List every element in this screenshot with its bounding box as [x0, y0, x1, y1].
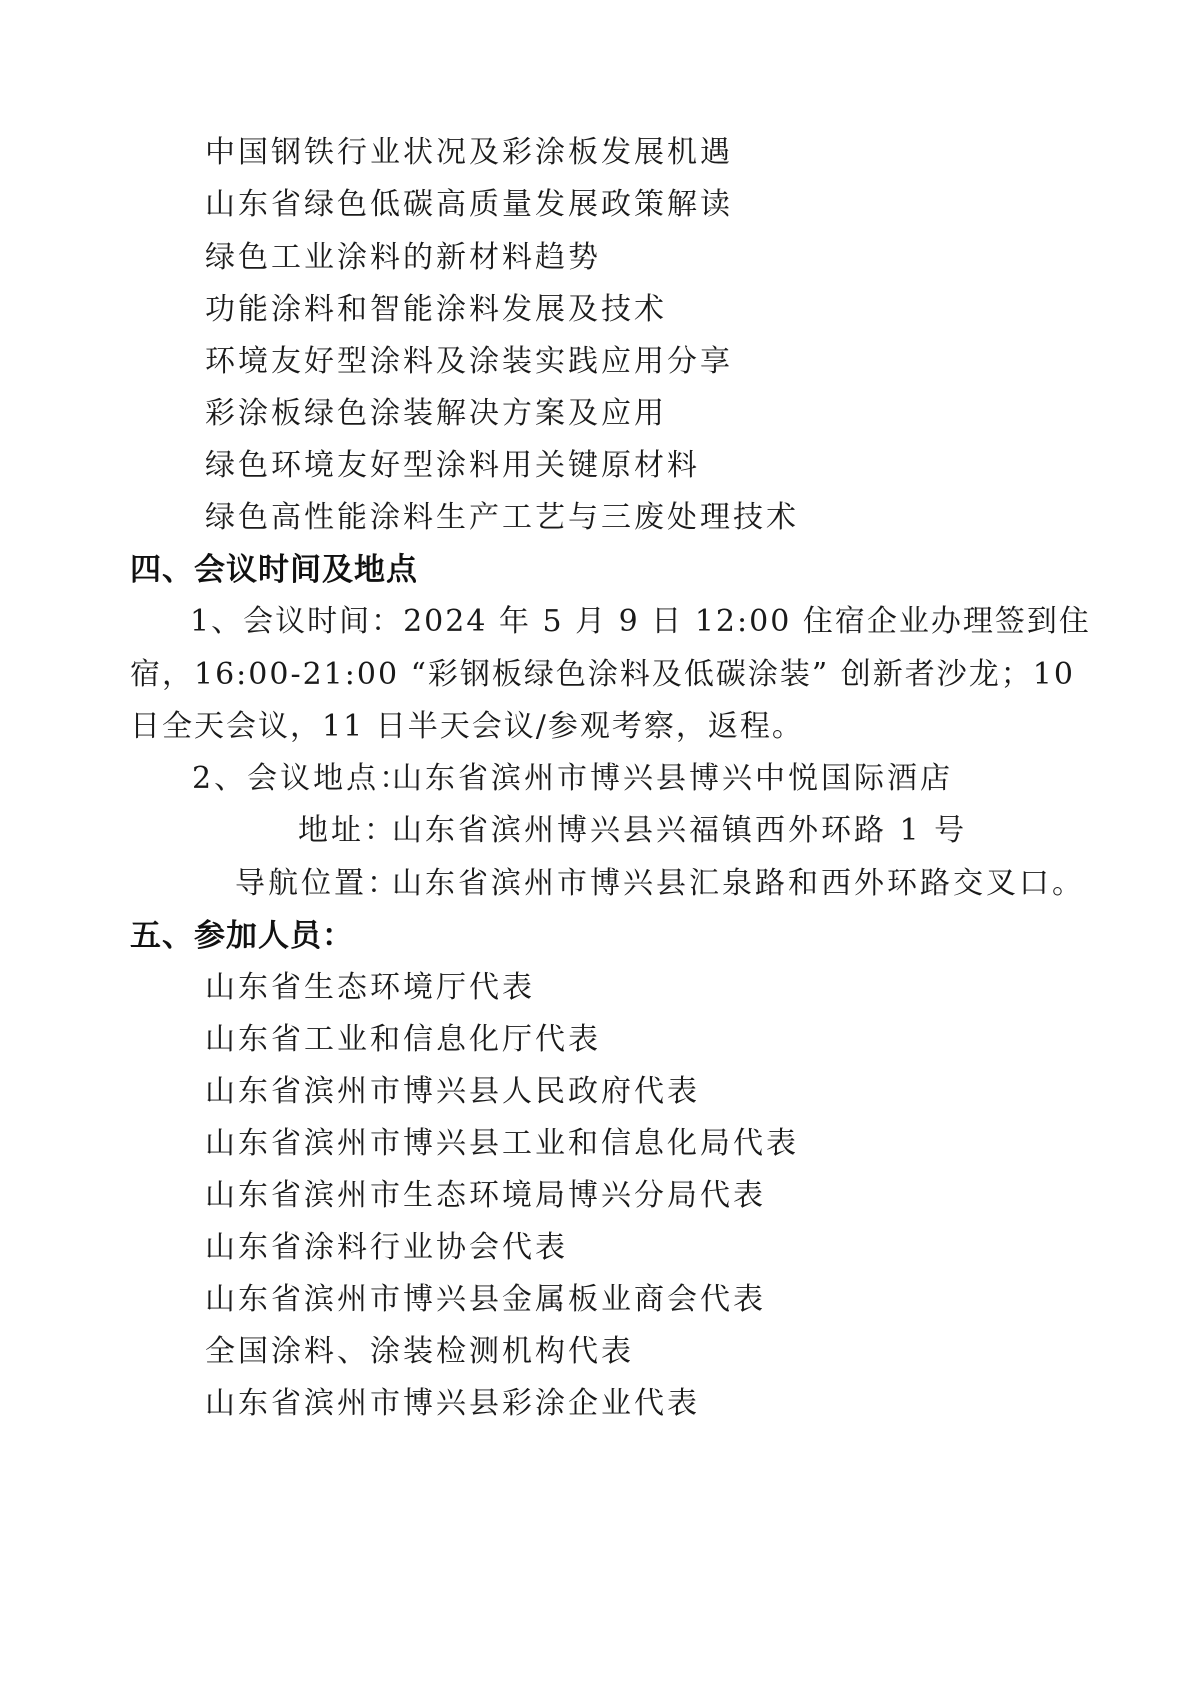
attendee-item: 山东省滨州市博兴县彩涂企业代表: [205, 1384, 700, 1424]
address-value: 山东省滨州博兴县兴福镇西外环路 1 号: [392, 811, 967, 851]
topic-item: 绿色工业涂料的新材料趋势: [205, 238, 601, 278]
meeting-place-label: 2、会议地点：: [192, 759, 412, 799]
topic-item: 彩涂板绿色涂装解决方案及应用: [205, 394, 667, 434]
address-label: 地址：: [298, 811, 397, 851]
topic-item: 功能涂料和智能涂料发展及技术: [205, 290, 667, 330]
topic-item: 中国钢铁行业状况及彩涂板发展机遇: [205, 133, 733, 173]
topic-item: 山东省绿色低碳高质量发展政策解读: [205, 185, 733, 225]
navigation-value: 山东省滨州市博兴县汇泉路和西外环路交叉口。: [392, 864, 1085, 904]
attendee-item: 山东省涂料行业协会代表: [205, 1228, 568, 1268]
attendee-item: 山东省生态环境厅代表: [205, 968, 535, 1008]
navigation-label: 导航位置：: [235, 864, 400, 904]
document-page: 中国钢铁行业状况及彩涂板发展机遇 山东省绿色低碳高质量发展政策解读 绿色工业涂料…: [0, 0, 1200, 1697]
attendee-item: 山东省工业和信息化厅代表: [205, 1020, 601, 1060]
attendee-item: 全国涂料、涂装检测机构代表: [205, 1332, 634, 1372]
topic-item: 绿色高性能涂料生产工艺与三废处理技术: [205, 498, 799, 538]
meeting-time-line-3: 日全天会议，11 日半天会议/参观考察，返程。: [130, 707, 804, 747]
section-heading-attendees: 五、参加人员：: [130, 916, 354, 956]
topic-item: 绿色环境友好型涂料用关键原材料: [205, 446, 700, 486]
attendee-item: 山东省滨州市博兴县工业和信息化局代表: [205, 1124, 799, 1164]
topic-item: 环境友好型涂料及涂装实践应用分享: [205, 342, 733, 382]
attendee-item: 山东省滨州市生态环境局博兴分局代表: [205, 1176, 766, 1216]
meeting-time-line-1: 1、会议时间：2024 年 5 月 9 日 12:00 住宿企业办理签到住: [190, 602, 1091, 642]
section-heading-meeting-time-place: 四、会议时间及地点: [130, 550, 418, 590]
meeting-time-line-2: 宿，16:00-21:00 “彩钢板绿色涂料及低碳涂装” 创新者沙龙；10: [130, 655, 1075, 695]
attendee-item: 山东省滨州市博兴县人民政府代表: [205, 1072, 700, 1112]
meeting-place-value: 山东省滨州市博兴县博兴中悦国际酒店: [392, 759, 953, 799]
attendee-item: 山东省滨州市博兴县金属板业商会代表: [205, 1280, 766, 1320]
